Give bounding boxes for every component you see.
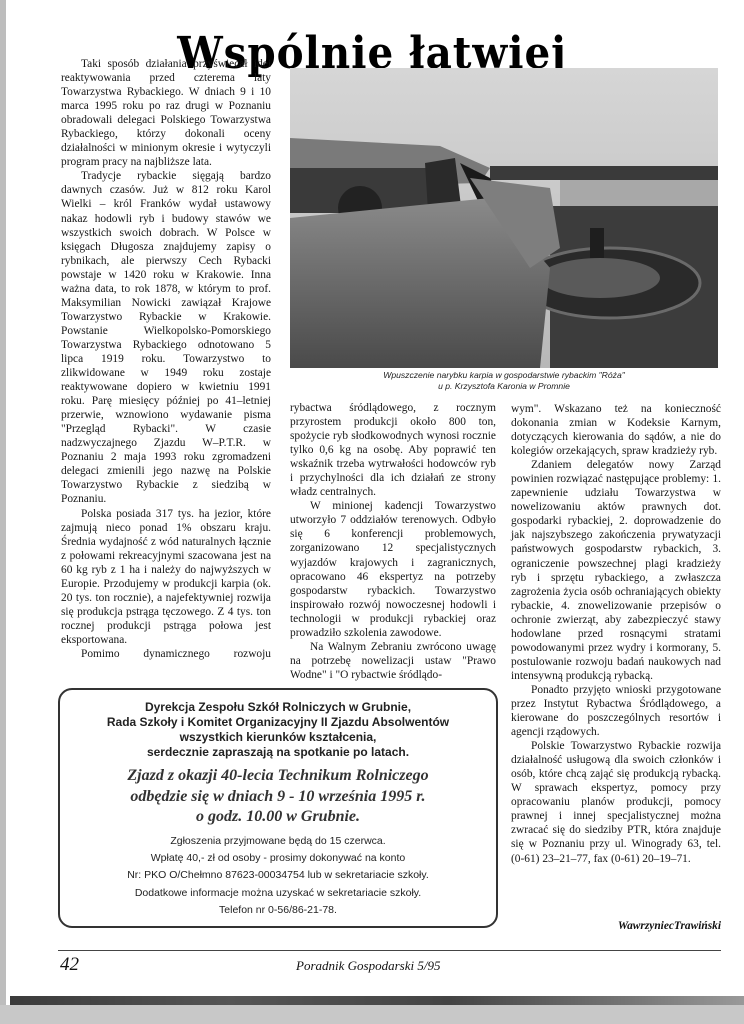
fish-stocking-photo-icon <box>290 68 718 368</box>
ad-headline-line: o godz. 10.00 w Grubnie. <box>60 807 496 828</box>
ad-header-line: serdecznie zapraszają na spotkanie po la… <box>60 745 496 760</box>
caption-line-1: Wpuszczenie narybku karpia w gospodarstw… <box>290 370 718 381</box>
ad-info-line: Telefon nr 0-56/86-21-78. <box>60 902 496 919</box>
photo-caption: Wpuszczenie narybku karpia w gospodarstw… <box>290 370 718 392</box>
article-photo <box>290 68 718 368</box>
paragraph: Na Walnym Zebraniu zwrócono uwagę na pot… <box>290 640 496 682</box>
ad-info-line: Nr: PKO O/Chełmno 87623-00034754 lub w s… <box>60 867 496 884</box>
ad-info-line: Wpłatę 40,- zł od osoby - prosimy dokony… <box>60 850 496 867</box>
paragraph: Polskie Towarzystwo Rybackie rozwija dzi… <box>511 739 721 865</box>
ad-header-line: Rada Szkoły i Komitet Organizacyjny II Z… <box>60 715 496 730</box>
ad-info-line: Dodatkowe informacje można uzyskać w sek… <box>60 885 496 902</box>
scan-artifact-bar <box>10 996 744 1005</box>
text-column-2: rybactwa śródlądowego, z rocznym przyros… <box>290 401 496 682</box>
ad-info-line: Zgłoszenia przyjmowane będą do 15 czerwc… <box>60 833 496 850</box>
ad-headline-line: Zjazd z okazji 40-lecia Technikum Rolnic… <box>60 766 496 787</box>
paragraph: rybactwa śródlądowego, z rocznym przyros… <box>290 401 496 499</box>
ad-header-line: Dyrekcja Zespołu Szkół Rolniczych w Grub… <box>60 700 496 715</box>
scan-edge <box>0 0 6 1024</box>
page-number: 42 <box>60 954 79 976</box>
advertisement-box: Dyrekcja Zespołu Szkół Rolniczych w Grub… <box>58 688 498 928</box>
paragraph: Ponadto przyjęto wnioski przygotowane pr… <box>511 683 721 739</box>
paragraph: Tradycje rybackie sięgają bardzo dawnych… <box>61 169 271 506</box>
ad-header-line: wszystkich kierunków kształcenia, <box>60 730 496 745</box>
footer-rule <box>58 950 721 951</box>
paragraph: Taki sposób działania przyświecał idei r… <box>61 57 271 169</box>
paragraph: Polska posiada 317 tys. ha jezior, które… <box>61 507 271 647</box>
paragraph: W minionej kadencji Towarzystwo utworzył… <box>290 499 496 639</box>
paragraph: Pomimo dynamicznego rozwoju <box>61 647 271 661</box>
paragraph: Zdaniem delegatów nowy Zarząd powinien r… <box>511 458 721 683</box>
paragraph: wym". Wskazano też na konieczność dokona… <box>511 402 721 458</box>
text-column-3: wym". Wskazano też na konieczność dokona… <box>511 402 721 866</box>
text-column-1: Taki sposób działania przyświecał idei r… <box>61 57 271 661</box>
caption-line-2: u p. Krzysztofa Karonia w Promnie <box>290 381 718 392</box>
publication-name: Poradnik Gospodarski 5/95 <box>296 958 440 974</box>
scan-margin <box>0 1005 744 1024</box>
ad-headline: Zjazd z okazji 40-lecia Technikum Rolnic… <box>60 766 496 828</box>
ad-header: Dyrekcja Zespołu Szkół Rolniczych w Grub… <box>60 700 496 760</box>
author-signature: WawrzyniecTrawiński <box>511 920 721 932</box>
ad-info: Zgłoszenia przyjmowane będą do 15 czerwc… <box>60 833 496 920</box>
ad-headline-line: odbędzie się w dniach 9 - 10 września 19… <box>60 787 496 808</box>
